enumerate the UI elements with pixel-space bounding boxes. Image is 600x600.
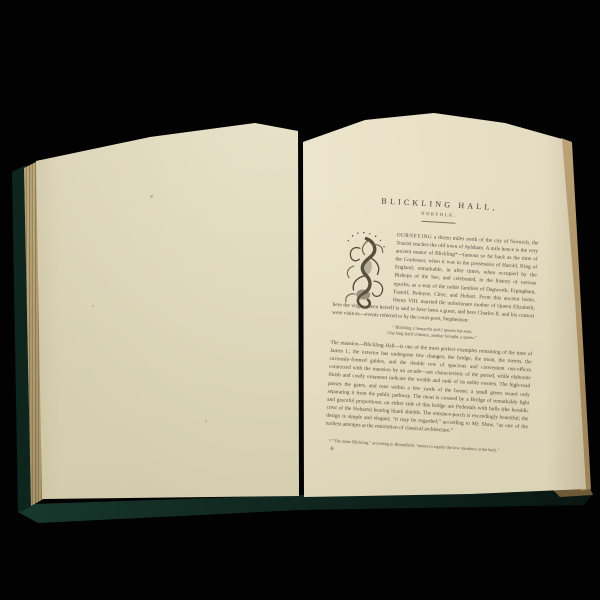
- foxing-spot: [92, 305, 94, 307]
- title-rule: [422, 221, 456, 224]
- paragraph-2: The mansion—Blickling Hall—is one of the…: [326, 339, 533, 440]
- paragraph-1: OURNEYING a dozen miles north of the cit…: [332, 228, 539, 329]
- engraved-initial-j-illustration: [335, 229, 393, 300]
- foxing-spot: [150, 195, 153, 198]
- paragraph-1-lead: OURNEYING: [397, 232, 433, 240]
- photo-backdrop: BLICKLING HALL, NORFOLK.: [0, 0, 600, 600]
- foxing-spot: [205, 420, 207, 422]
- right-page-content: BLICKLING HALL, NORFOLK.: [324, 194, 540, 457]
